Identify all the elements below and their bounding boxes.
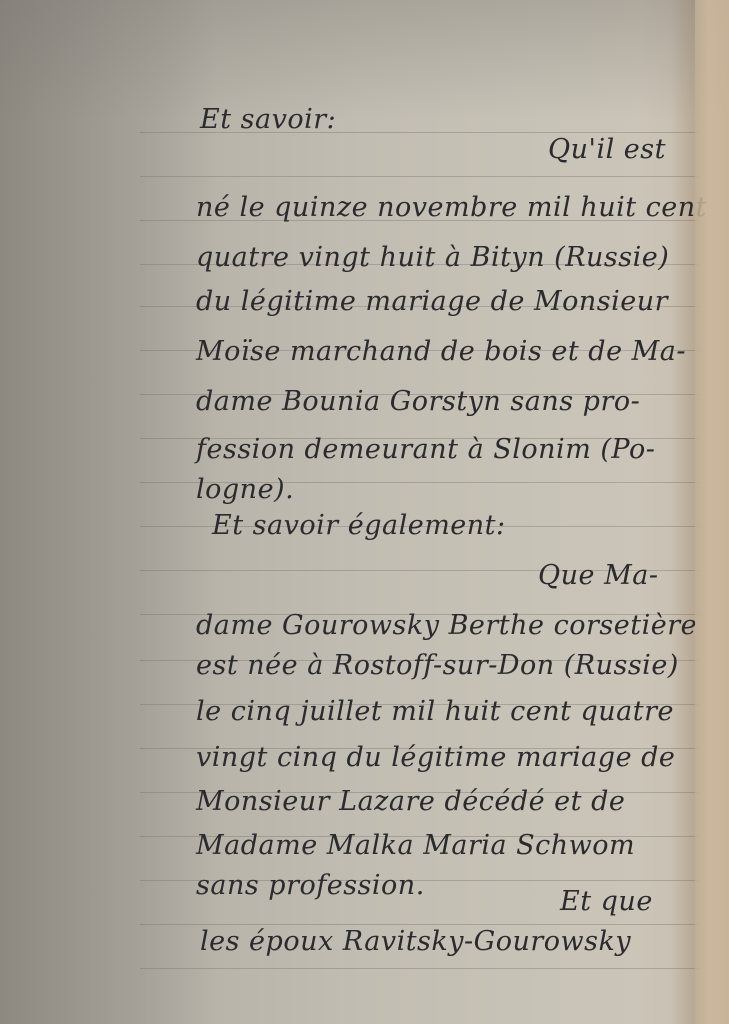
handwritten-line: Et savoir également: — [212, 510, 506, 541]
handwritten-line: Monsieur Lazare décédé et de — [196, 786, 625, 817]
handwritten-line: né le quinze novembre mil huit cent — [196, 192, 707, 223]
handwritten-line: fession demeurant à Slonim (Po- — [196, 434, 655, 465]
handwritten-line: logne). — [196, 474, 294, 505]
page-edge — [695, 0, 729, 1024]
handwritten-line: Que Ma- — [538, 560, 658, 591]
handwritten-line: vingt cinq du légitime mariage de — [196, 742, 675, 773]
handwritten-line: les époux Ravitsky-Gourowsky — [200, 926, 631, 957]
handwritten-line: quatre vingt huit à Bityn (Russie) — [196, 242, 669, 273]
handwritten-line: le cinq juillet mil huit cent quatre — [196, 696, 674, 727]
handwritten-line: dame Bounia Gorstyn sans pro- — [196, 386, 640, 417]
ruled-line — [140, 968, 700, 969]
handwritten-line: Moïse marchand de bois et de Ma- — [196, 336, 686, 367]
ruled-line — [140, 924, 700, 925]
handwritten-line: du légitime mariage de Monsieur — [196, 286, 668, 317]
page-shadow — [0, 0, 729, 120]
handwritten-line: sans profession. — [196, 870, 425, 901]
notebook-page: Et savoir:Qu'il estné le quinze novembre… — [0, 0, 729, 1024]
handwritten-line: Qu'il est — [548, 134, 666, 165]
handwritten-line: dame Gourowsky Berthe corsetière — [196, 610, 697, 641]
ruled-line — [140, 176, 700, 177]
handwritten-line: est née à Rostoff-sur-Don (Russie) — [196, 650, 679, 681]
handwritten-line: Madame Malka Maria Schwom — [196, 830, 635, 861]
handwritten-line: Et que — [560, 886, 653, 917]
handwritten-line: Et savoir: — [200, 104, 336, 135]
